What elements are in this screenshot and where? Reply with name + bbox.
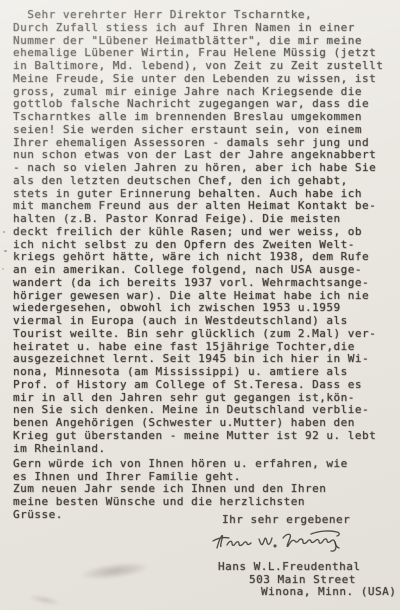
letter-line: wandert (da ich bereits 1937 vorl. Wehrm… xyxy=(13,277,383,290)
letter-line: halten (z.B. Pastor Konrad Feige). Die m… xyxy=(13,213,383,226)
paper-speck xyxy=(3,231,5,233)
letter-body-paragraph-2: Gern würde ich von Ihnen hören u. erfahr… xyxy=(13,458,348,484)
letter-line: viermal in Europa (auch in Westdeutschla… xyxy=(13,315,383,328)
letter-line: - nach so vielen Jahren zu hören, aber i… xyxy=(13,162,383,175)
paper-speck xyxy=(2,268,4,270)
letter-line: seien! Sie werden sicher erstaunt sein, … xyxy=(13,124,383,137)
letter-line: Tourist weilte. Bin sehr glücklich (zum … xyxy=(13,328,383,341)
letter-line: benen Angehörigen (Schwester u.Mutter) h… xyxy=(13,417,383,430)
sender-name: Hans W.L.Freudenthal xyxy=(218,561,360,574)
scanned-letter-page: Sehr verehrter Herr Direktor Tscharntke,… xyxy=(0,0,400,610)
letter-line: Tscharntkes alle im brennenden Breslau u… xyxy=(13,111,383,124)
sender-city: Winona, Minn. (USA) xyxy=(261,586,396,599)
letter-line: meine besten Wünsche und die herzlichste… xyxy=(13,496,326,509)
letter-body-paragraph-1: Sehr verehrter Herr Direktor Tscharntke,… xyxy=(13,9,383,455)
letter-line: Gern würde ich von Ihnen hören u. erfahr… xyxy=(13,458,348,471)
handwritten-signature xyxy=(210,525,352,559)
pencil-smudge xyxy=(81,560,148,582)
letter-line: Krieg gut überstanden - meine Mutter ist… xyxy=(13,430,383,443)
letter-line: Meine Freude, Sie unter den Lebenden zu … xyxy=(13,73,383,86)
letter-line: Durch Zufall stiess ich auf Ihren Namen … xyxy=(13,22,383,35)
letter-line: als den letzten deutschen Chef, den ich … xyxy=(13,175,383,188)
pencil-smudge-small xyxy=(28,593,63,608)
paper-speck xyxy=(4,250,7,252)
letter-line: in Baltimore, Md. lebend), von Zeit zu Z… xyxy=(13,60,383,73)
letter-line: Zum neuen Jahr sende ich Ihnen und den I… xyxy=(13,483,326,496)
letter-line: deckt freilich der kühle Rasen; und wer … xyxy=(13,226,383,239)
letter-line: Sehr verehrter Herr Direktor Tscharntke, xyxy=(13,9,383,22)
letter-line: im Rheinland. xyxy=(13,443,383,456)
letter-line: nona, Minnesota (am Mississippi) u. amti… xyxy=(13,366,383,379)
letter-line: Prof. of History am College of St.Teresa… xyxy=(13,379,383,392)
letter-line: an ein amerikan. College folgend, nach U… xyxy=(13,264,383,277)
